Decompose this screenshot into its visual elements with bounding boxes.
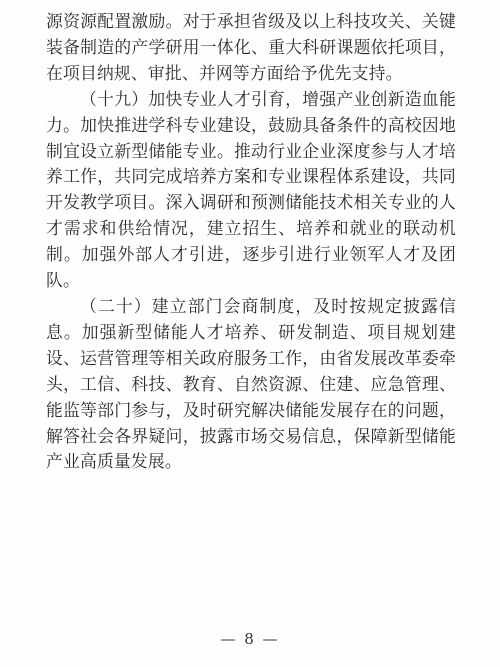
paragraph-section-20: （二十）建立部门会商制度，及时按规定披露信息。加强新型储能人才培养、研发制造、项…: [46, 294, 456, 475]
paragraph-section-19: （十九）加快专业人才引育，增强产业创新造血能力。加快推进学科专业建设，鼓励具备条…: [46, 87, 456, 294]
page-number: — 8 —: [0, 630, 500, 648]
document-page: 源资源配置激励。对于承担省级及以上科技攻关、关键装备制造的产学研用一体化、重大科…: [0, 0, 500, 667]
document-body: 源资源配置激励。对于承担省级及以上科技攻关、关键装备制造的产学研用一体化、重大科…: [46, 9, 456, 475]
paragraph-continued: 源资源配置激励。对于承担省级及以上科技攻关、关键装备制造的产学研用一体化、重大科…: [46, 9, 456, 87]
